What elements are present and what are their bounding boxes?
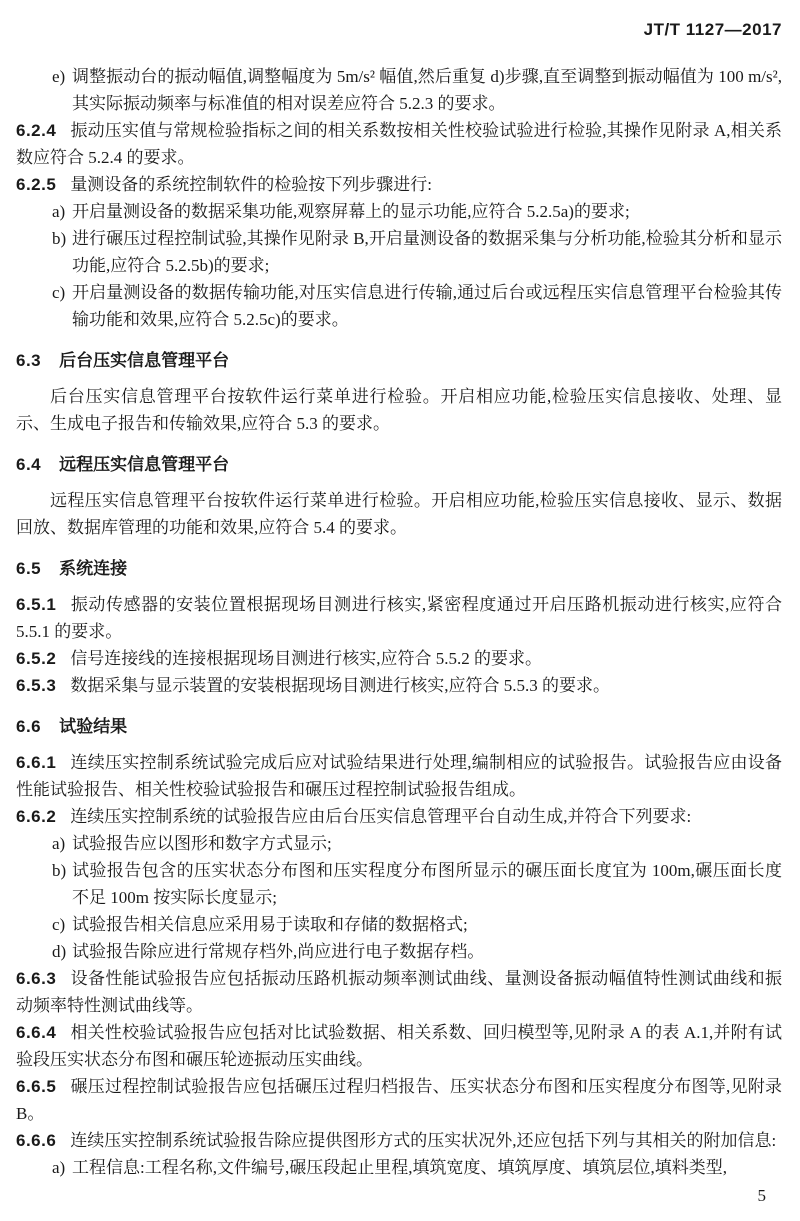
document-header: JT/T 1127—2017	[16, 16, 782, 43]
list-item-text: 试验报告包含的压实状态分布图和压实程度分布图所显示的碾压面长度宜为 100m,碾…	[72, 861, 782, 907]
clause-number: 6.5.1	[16, 595, 56, 614]
section-title: 后台压实信息管理平台	[59, 351, 229, 370]
section-heading-6-3: 6.3后台压实信息管理平台	[16, 347, 782, 374]
document-page: JT/T 1127—2017 e) 调整振动台的振动幅值,调整幅度为 5m/s²…	[0, 0, 800, 1221]
clause-number: 6.6.1	[16, 753, 56, 772]
list-item-c: c) 试验报告相关信息应采用易于读取和存储的数据格式;	[16, 911, 782, 938]
list-item-text: 开启量测设备的数据传输功能,对压实信息进行传输,通过后台或远程压实信息管理平台检…	[72, 283, 782, 329]
clause-text: 信号连接线的连接根据现场目测进行核实,应符合 5.5.2 的要求。	[70, 649, 542, 668]
list-item-e: e) 调整振动台的振动幅值,调整幅度为 5m/s² 幅值,然后重复 d)步骤,直…	[16, 63, 782, 117]
list-marker: a)	[52, 198, 65, 225]
section-paragraph-6-4: 远程压实信息管理平台按软件运行菜单进行检验。开启相应功能,检验压实信息接收、显示…	[16, 487, 782, 541]
section-number: 6.4	[16, 455, 41, 474]
list-item-text: 调整振动台的振动幅值,调整幅度为 5m/s² 幅值,然后重复 d)步骤,直至调整…	[72, 67, 782, 113]
list-item-text: 试验报告相关信息应采用易于读取和存储的数据格式;	[72, 915, 468, 934]
clause-6-6-1: 6.6.1连续压实控制系统试验完成后应对试验结果进行处理,编制相应的试验报告。试…	[16, 749, 782, 803]
page-number-value: 5	[758, 1186, 767, 1205]
clause-6-6-4: 6.6.4相关性校验试验报告应包括对比试验数据、相关系数、回归模型等,见附录 A…	[16, 1019, 782, 1073]
clause-text: 振动传感器的安装位置根据现场目测进行核实,紧密程度通过开启压路机振动进行核实,应…	[16, 595, 782, 641]
list-marker: e)	[52, 63, 65, 90]
list-item-text: 进行碾压过程控制试验,其操作见附录 B,开启量测设备的数据采集与分析功能,检验其…	[72, 229, 782, 275]
clause-number: 6.6.5	[16, 1077, 56, 1096]
list-item-b: b) 试验报告包含的压实状态分布图和压实程度分布图所显示的碾压面长度宜为 100…	[16, 857, 782, 911]
page-number: 5	[758, 1182, 767, 1209]
clause-number: 6.2.4	[16, 121, 56, 140]
clause-number: 6.5.3	[16, 676, 56, 695]
list-item-c: c) 开启量测设备的数据传输功能,对压实信息进行传输,通过后台或远程压实信息管理…	[16, 279, 782, 333]
clause-6-6-3: 6.6.3设备性能试验报告应包括振动压路机振动频率测试曲线、量测设备振动幅值特性…	[16, 965, 782, 1019]
list-item-a: a) 工程信息:工程名称,文件编号,碾压段起止里程,填筑宽度、填筑厚度、填筑层位…	[16, 1154, 782, 1181]
list-marker: d)	[52, 938, 66, 965]
section-heading-6-5: 6.5系统连接	[16, 555, 782, 582]
clause-6-2-5: 6.2.5量测设备的系统控制软件的检验按下列步骤进行:	[16, 171, 782, 198]
list-item-d: d) 试验报告除应进行常规存档外,尚应进行电子数据存档。	[16, 938, 782, 965]
clause-text: 碾压过程控制试验报告应包括碾压过程归档报告、压实状态分布图和压实程度分布图等,见…	[16, 1077, 782, 1123]
list-item-a: a) 试验报告应以图形和数字方式显示;	[16, 830, 782, 857]
list-item-a: a) 开启量测设备的数据采集功能,观察屏幕上的显示功能,应符合 5.2.5a)的…	[16, 198, 782, 225]
section-heading-6-4: 6.4远程压实信息管理平台	[16, 451, 782, 478]
list-marker: b)	[52, 225, 66, 252]
list-marker: c)	[52, 279, 65, 306]
section-number: 6.3	[16, 351, 41, 370]
clause-number: 6.2.5	[16, 175, 56, 194]
clause-text: 振动压实值与常规检验指标之间的相关系数按相关性校验试验进行检验,其操作见附录 A…	[16, 121, 782, 167]
clause-number: 6.6.3	[16, 969, 56, 988]
section-title: 系统连接	[59, 559, 127, 578]
clause-text: 数据采集与显示装置的安装根据现场目测进行核实,应符合 5.5.3 的要求。	[70, 676, 610, 695]
clause-6-2-4: 6.2.4振动压实值与常规检验指标之间的相关系数按相关性校验试验进行检验,其操作…	[16, 117, 782, 171]
clause-6-5-3: 6.5.3数据采集与显示装置的安装根据现场目测进行核实,应符合 5.5.3 的要…	[16, 672, 782, 699]
section-number: 6.6	[16, 717, 41, 736]
list-item-text: 试验报告应以图形和数字方式显示;	[72, 834, 332, 853]
clause-number: 6.6.2	[16, 807, 56, 826]
standard-code: JT/T 1127—2017	[644, 20, 782, 39]
list-item-text: 工程信息:工程名称,文件编号,碾压段起止里程,填筑宽度、填筑厚度、填筑层位,填料…	[72, 1158, 727, 1177]
list-marker: a)	[52, 1154, 65, 1181]
list-marker: b)	[52, 857, 66, 884]
list-marker: c)	[52, 911, 65, 938]
paragraph-text: 后台压实信息管理平台按软件运行菜单进行检验。开启相应功能,检验压实信息接收、处理…	[16, 387, 782, 433]
section-title: 远程压实信息管理平台	[59, 455, 229, 474]
clause-text: 连续压实控制系统的试验报告应由后台压实信息管理平台自动生成,并符合下列要求:	[70, 807, 691, 826]
list-item-text: 开启量测设备的数据采集功能,观察屏幕上的显示功能,应符合 5.2.5a)的要求;	[72, 202, 630, 221]
clause-6-5-1: 6.5.1振动传感器的安装位置根据现场目测进行核实,紧密程度通过开启压路机振动进…	[16, 591, 782, 645]
clause-text: 连续压实控制系统试验完成后应对试验结果进行处理,编制相应的试验报告。试验报告应由…	[16, 753, 782, 799]
clause-text: 量测设备的系统控制软件的检验按下列步骤进行:	[70, 175, 432, 194]
clause-text: 连续压实控制系统试验报告除应提供图形方式的压实状况外,还应包括下列与其相关的附加…	[70, 1131, 776, 1150]
clause-6-5-2: 6.5.2信号连接线的连接根据现场目测进行核实,应符合 5.5.2 的要求。	[16, 645, 782, 672]
clause-number: 6.6.4	[16, 1023, 56, 1042]
list-marker: a)	[52, 830, 65, 857]
clause-6-6-6: 6.6.6连续压实控制系统试验报告除应提供图形方式的压实状况外,还应包括下列与其…	[16, 1127, 782, 1154]
clause-text: 设备性能试验报告应包括振动压路机振动频率测试曲线、量测设备振动幅值特性测试曲线和…	[16, 969, 782, 1015]
clause-6-6-5: 6.6.5碾压过程控制试验报告应包括碾压过程归档报告、压实状态分布图和压实程度分…	[16, 1073, 782, 1127]
clause-6-6-2: 6.6.2连续压实控制系统的试验报告应由后台压实信息管理平台自动生成,并符合下列…	[16, 803, 782, 830]
paragraph-text: 远程压实信息管理平台按软件运行菜单进行检验。开启相应功能,检验压实信息接收、显示…	[16, 491, 782, 537]
section-title: 试验结果	[59, 717, 127, 736]
section-heading-6-6: 6.6试验结果	[16, 713, 782, 740]
section-paragraph-6-3: 后台压实信息管理平台按软件运行菜单进行检验。开启相应功能,检验压实信息接收、处理…	[16, 383, 782, 437]
list-item-text: 试验报告除应进行常规存档外,尚应进行电子数据存档。	[72, 942, 484, 961]
list-item-b: b) 进行碾压过程控制试验,其操作见附录 B,开启量测设备的数据采集与分析功能,…	[16, 225, 782, 279]
section-number: 6.5	[16, 559, 41, 578]
clause-text: 相关性校验试验报告应包括对比试验数据、相关系数、回归模型等,见附录 A 的表 A…	[16, 1023, 782, 1069]
clause-number: 6.6.6	[16, 1131, 56, 1150]
clause-number: 6.5.2	[16, 649, 56, 668]
